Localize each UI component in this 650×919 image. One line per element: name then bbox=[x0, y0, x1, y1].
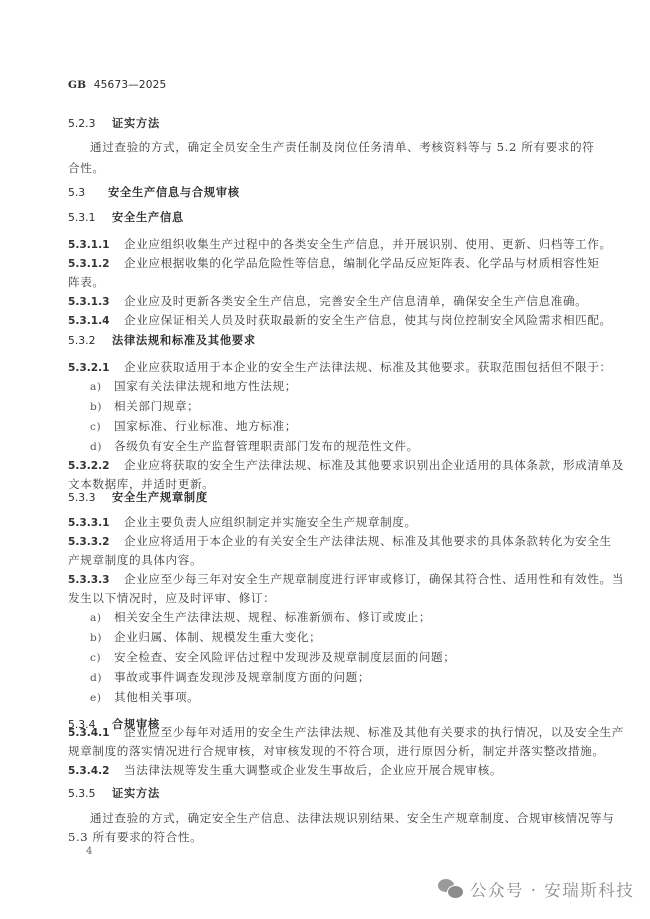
list-marker: c) bbox=[90, 650, 114, 666]
clause-text: 企业应至少每三年对安全生产规章制度进行评审或修订，确保其符合性、适用性和有效性。… bbox=[124, 572, 624, 586]
clause-number: 5.3.1.2 bbox=[68, 256, 114, 272]
clause-text: 企业应获取适用于本企业的安全生产法律法规、标准及其他要求。获取范围包括但不限于： bbox=[124, 360, 612, 374]
heading-title: 安全生产规章制度 bbox=[112, 491, 208, 504]
watermark-text: 公众号 · 安瑞斯科技 bbox=[470, 877, 634, 901]
clause-number: 5.3.3.3 bbox=[68, 572, 114, 588]
list-marker: c) bbox=[90, 419, 114, 435]
list-text: 国家有关法律法规和地方性法规； bbox=[114, 379, 297, 393]
clause-text: 企业应组织收集生产过程中的各类安全生产信息，并开展识别、使用、更新、归档等工作。 bbox=[124, 237, 612, 251]
heading-number: 5.2.3 bbox=[68, 116, 102, 132]
heading-number: 5.3.1 bbox=[68, 210, 102, 226]
clause-5-3-3-2-cont: 产规章制度的具体内容。 bbox=[68, 552, 202, 568]
clause-5-3-1-2: 5.3.1.2企业应根据收集的化学品危险性等信息，编制化学品反应矩阵表、化学品与… bbox=[68, 255, 600, 272]
list-text: 事故或事件调查发现涉及规章制度方面的问题； bbox=[114, 670, 370, 684]
heading-5-2-3: 5.2.3证实方法 bbox=[68, 116, 160, 132]
document-page: GB 45673—2025 5.2.3证实方法 通过查验的方式，确定全员安全生产… bbox=[0, 0, 650, 919]
clause-number: 5.3.1.3 bbox=[68, 294, 114, 310]
list-item-c: c)安全检查、安全风险评估过程中发现涉及规章制度层面的问题； bbox=[90, 649, 455, 666]
clause-number: 5.3.4.2 bbox=[68, 763, 114, 779]
clause-5-3-2-2: 5.3.2.2企业应将获取的安全生产法律法规、标准及其他要求识别出企业适用的具体… bbox=[68, 457, 624, 474]
list-marker: d) bbox=[90, 670, 114, 686]
list-text: 国家标准、行业标准、地方标准； bbox=[114, 419, 297, 433]
clause-text: 企业应根据收集的化学品危险性等信息，编制化学品反应矩阵表、化学品与材质相容性矩 bbox=[124, 256, 600, 270]
list-marker: d) bbox=[90, 439, 114, 455]
list-text: 相关部门规章； bbox=[114, 399, 199, 413]
list-item-d: d)各级负有安全生产监督管理职责部门发布的规范性文件。 bbox=[90, 438, 419, 455]
heading-title: 证实方法 bbox=[112, 117, 160, 130]
list-text: 其他相关事项。 bbox=[114, 690, 199, 704]
clause-number: 5.3.2.1 bbox=[68, 360, 114, 376]
paragraph-5-3-5-line2: 5.3 所有要求的符合性。 bbox=[68, 829, 202, 845]
list-marker: b) bbox=[90, 630, 114, 646]
list-item-b: b)相关部门规章； bbox=[90, 398, 199, 415]
standard-header: GB 45673—2025 bbox=[68, 77, 166, 93]
clause-5-3-1-4: 5.3.1.4企业应保证相关人员及时获取最新的安全生产信息，使其与岗位控制安全风… bbox=[68, 312, 612, 329]
list-marker: b) bbox=[90, 399, 114, 415]
list-text: 安全检查、安全风险评估过程中发现涉及规章制度层面的问题； bbox=[114, 650, 455, 664]
clause-number: 5.3.1.4 bbox=[68, 313, 114, 329]
heading-title: 安全生产信息 bbox=[112, 211, 184, 224]
page-number: 4 bbox=[86, 846, 92, 857]
clause-5-3-4-2: 5.3.4.2当法律法规等发生重大调整或企业发生事故后，企业应开展合规审核。 bbox=[68, 762, 502, 779]
heading-title: 安全生产信息与合规审核 bbox=[108, 186, 240, 199]
heading-number: 5.3.3 bbox=[68, 490, 102, 506]
heading-5-3-3: 5.3.3安全生产规章制度 bbox=[68, 490, 208, 506]
heading-number: 5.3.5 bbox=[68, 786, 102, 802]
paragraph-5-2-3-line1: 通过查验的方式，确定全员安全生产责任制及岗位任务清单、考核资料等与 5.2 所有… bbox=[90, 139, 594, 155]
clause-5-3-3-1: 5.3.3.1企业主要负责人应组织制定并实施安全生产规章制度。 bbox=[68, 514, 417, 531]
clause-5-3-1-1: 5.3.1.1企业应组织收集生产过程中的各类安全生产信息，并开展识别、使用、更新… bbox=[68, 236, 612, 253]
clause-5-3-3-2: 5.3.3.2企业应将适用于本企业的有关安全生产法律法规、标准及其他要求的具体条… bbox=[68, 533, 612, 550]
list-text: 各级负有安全生产监督管理职责部门发布的规范性文件。 bbox=[114, 439, 419, 453]
clause-text: 企业应将获取的安全生产法律法规、标准及其他要求识别出企业适用的具体条款，形成清单… bbox=[124, 458, 624, 472]
watermark: 公众号 · 安瑞斯科技 bbox=[438, 878, 634, 900]
list-item-b: b)企业归属、体制、规模发生重大变化； bbox=[90, 629, 321, 646]
paragraph-5-3-5-line1: 通过查验的方式，确定安全生产信息、法律法规识别结果、安全生产规章制度、合规审核情… bbox=[90, 810, 614, 826]
heading-number: 5.3.2 bbox=[68, 333, 102, 349]
clause-5-3-1-3: 5.3.1.3企业应及时更新各类安全生产信息，完善安全生产信息清单，确保安全生产… bbox=[68, 293, 587, 310]
heading-5-3-2: 5.3.2法律法规和标准及其他要求 bbox=[68, 333, 256, 349]
clause-text: 企业应将适用于本企业的有关安全生产法律法规、标准及其他要求的具体条款转化为安全生 bbox=[124, 534, 612, 548]
clause-text: 企业应保证相关人员及时获取最新的安全生产信息，使其与岗位控制安全风险需求相匹配。 bbox=[124, 313, 612, 327]
heading-title: 证实方法 bbox=[112, 787, 160, 800]
clause-number: 5.3.3.1 bbox=[68, 515, 114, 531]
clause-text: 企业应及时更新各类安全生产信息，完善安全生产信息清单，确保安全生产信息准确。 bbox=[124, 294, 587, 308]
standard-prefix: GB bbox=[68, 79, 86, 91]
clause-number: 5.3.3.2 bbox=[68, 534, 114, 550]
list-text: 企业归属、体制、规模发生重大变化； bbox=[114, 630, 321, 644]
clause-5-3-3-3-cont: 发生以下情况时，应及时评审、修订： bbox=[68, 590, 275, 606]
list-marker: a) bbox=[90, 610, 114, 626]
list-item-c: c)国家标准、行业标准、地方标准； bbox=[90, 418, 297, 435]
list-item-e: e)其他相关事项。 bbox=[90, 689, 199, 706]
clause-text: 当法律法规等发生重大调整或企业发生事故后，企业应开展合规审核。 bbox=[124, 763, 502, 777]
clause-text: 企业主要负责人应组织制定并实施安全生产规章制度。 bbox=[124, 515, 417, 529]
clause-5-3-3-3: 5.3.3.3企业应至少每三年对安全生产规章制度进行评审或修订，确保其符合性、适… bbox=[68, 571, 624, 588]
list-item-a: a)国家有关法律法规和地方性法规； bbox=[90, 378, 297, 395]
clause-5-3-4-1: 5.3.4.1企业应至少每年对适用的安全生产法律法规、标准及其他有关要求的执行情… bbox=[68, 724, 624, 741]
clause-5-3-2-1: 5.3.2.1企业应获取适用于本企业的安全生产法律法规、标准及其他要求。获取范围… bbox=[68, 359, 612, 376]
list-text: 相关安全生产法律法规、规程、标准新颁布、修订或废止； bbox=[114, 610, 431, 624]
paragraph-5-2-3-line2: 合性。 bbox=[68, 160, 105, 176]
clause-5-3-1-2-cont: 阵表。 bbox=[68, 274, 105, 290]
heading-5-3-5: 5.3.5证实方法 bbox=[68, 786, 160, 802]
clause-5-3-4-1-cont: 规章制度的落实情况进行合规审核，对审核发现的不符合项，进行原因分析，制定并落实整… bbox=[68, 743, 605, 759]
list-item-a: a)相关安全生产法律法规、规程、标准新颁布、修订或废止； bbox=[90, 609, 431, 626]
clause-text: 企业应至少每年对适用的安全生产法律法规、标准及其他有关要求的执行情况，以及安全生… bbox=[124, 725, 624, 739]
heading-title: 法律法规和标准及其他要求 bbox=[112, 334, 256, 347]
clause-number: 5.3.2.2 bbox=[68, 458, 114, 474]
clause-number: 5.3.1.1 bbox=[68, 237, 114, 253]
list-item-d: d)事故或事件调查发现涉及规章制度方面的问题； bbox=[90, 669, 370, 686]
heading-5-3-1: 5.3.1安全生产信息 bbox=[68, 210, 184, 226]
heading-number: 5.3 bbox=[68, 185, 96, 201]
list-marker: e) bbox=[90, 690, 114, 706]
list-marker: a) bbox=[90, 379, 114, 395]
clause-number: 5.3.4.1 bbox=[68, 725, 114, 741]
standard-code: 45673—2025 bbox=[94, 79, 167, 91]
heading-5-3: 5.3安全生产信息与合规审核 bbox=[68, 185, 240, 201]
wechat-icon bbox=[438, 879, 464, 899]
